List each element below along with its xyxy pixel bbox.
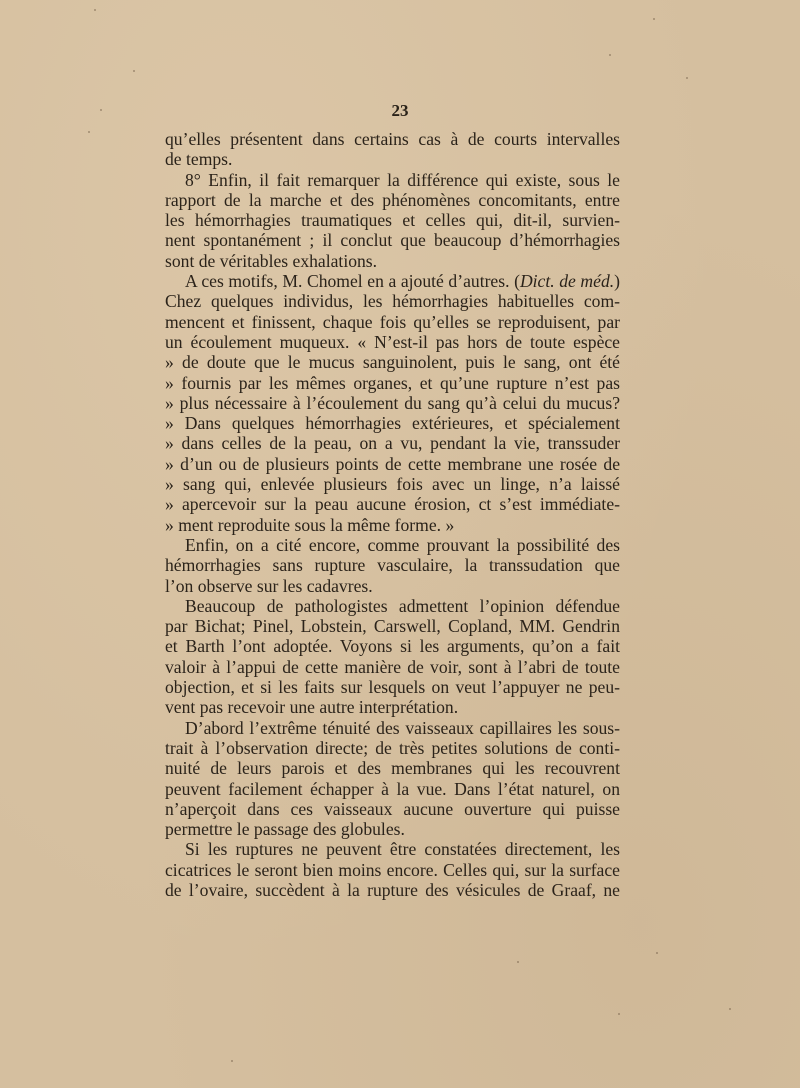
text-line: hémorrhagies sans rupture vasculaire, la… <box>165 555 620 575</box>
text-line: Enfin, on a cité encore, comme prouvant … <box>165 535 620 555</box>
citation: (Dict. de méd.) <box>514 271 620 291</box>
text-line: vent pas recevoir une autre interprétati… <box>165 697 620 717</box>
text-line: » ment reproduite sous la même forme. » <box>165 515 620 535</box>
paper-speck <box>618 1013 620 1015</box>
text-line: » de doute que le mucus sanguinolent, pu… <box>165 352 620 372</box>
text-line: par Bichat; Pinel, Lobstein, Carswell, C… <box>165 616 620 636</box>
paper-speck <box>656 952 658 954</box>
text-line: trait à l’observation directe; de très p… <box>165 738 620 758</box>
text-line: » dans celles de la peau, on a vu, penda… <box>165 433 620 453</box>
paper-speck <box>653 18 655 20</box>
text-line: » apercevoir sur la peau aucune érosion,… <box>165 494 620 514</box>
text-line: 8° Enfin, il fait remarquer la différenc… <box>165 170 620 190</box>
text-line: peuvent facilement échapper à la vue. Da… <box>165 779 620 799</box>
paper-speck <box>100 109 102 111</box>
book-page: 23 qu’elles présentent dans certains cas… <box>0 0 800 1088</box>
text-line: nent spontanément ; il conclut que beauc… <box>165 230 620 250</box>
page-number: 23 <box>0 101 800 121</box>
text-line: mencent et finissent, chaque fois qu’ell… <box>165 312 620 332</box>
paper-speck <box>686 77 688 79</box>
text-line: un écoulement muqueux. « N’est-il pas ho… <box>165 332 620 352</box>
text-line: Chez quelques individus, les hémorrhagie… <box>165 291 620 311</box>
text-line: » Dans quelques hémorrhagies extérieures… <box>165 413 620 433</box>
text-line: sont de véritables exhalations. <box>165 251 620 271</box>
text-line: » plus nécessaire à l’écoulement du sang… <box>165 393 620 413</box>
paper-speck <box>88 131 90 133</box>
paper-speck <box>231 1060 233 1062</box>
text-line: » fournis par les mêmes organes, et qu’u… <box>165 373 620 393</box>
paper-speck <box>517 961 519 963</box>
page-number-text: 23 <box>392 101 409 120</box>
text-line: les hémorrhagies traumatiques et celles … <box>165 210 620 230</box>
text-line: n’aperçoit dans ces vaisseaux aucune ouv… <box>165 799 620 819</box>
text-line: nuité de leurs parois et des membranes q… <box>165 758 620 778</box>
text-line: rapport de la marche et des phénomènes c… <box>165 190 620 210</box>
text-line: de l’ovaire, succèdent à la rupture des … <box>165 880 620 900</box>
text-line: D’abord l’extrême ténuité des vaisseaux … <box>165 718 620 738</box>
text-line: valoir à l’appui de cette manière de voi… <box>165 657 620 677</box>
text-line: et Barth l’ont adoptée. Voyons si les ar… <box>165 636 620 656</box>
text-line: A ces motifs, M. Chomel en a ajouté d’au… <box>165 271 620 291</box>
text-line: Beaucoup de pathologistes admettent l’op… <box>165 596 620 616</box>
body-text: qu’elles présentent dans certains cas à … <box>165 129 620 900</box>
paper-speck <box>94 9 96 11</box>
text-line: » d’un ou de plusieurs points de cette m… <box>165 454 620 474</box>
paper-speck <box>729 1008 731 1010</box>
text-line: Si les ruptures ne peuvent être constaté… <box>165 839 620 859</box>
text-line: qu’elles présentent dans certains cas à … <box>165 129 620 149</box>
text-line: » sang qui, enlevée plusieurs fois avec … <box>165 474 620 494</box>
text-line: permettre le passage des globules. <box>165 819 620 839</box>
paper-speck <box>609 54 611 56</box>
text-line: objection, et si les faits sur lesquels … <box>165 677 620 697</box>
text-line: cicatrices le seront bien moins encore. … <box>165 860 620 880</box>
text-line: l’on observe sur les cadavres. <box>165 576 620 596</box>
paper-speck <box>133 70 135 72</box>
text-line: de temps. <box>165 149 620 169</box>
